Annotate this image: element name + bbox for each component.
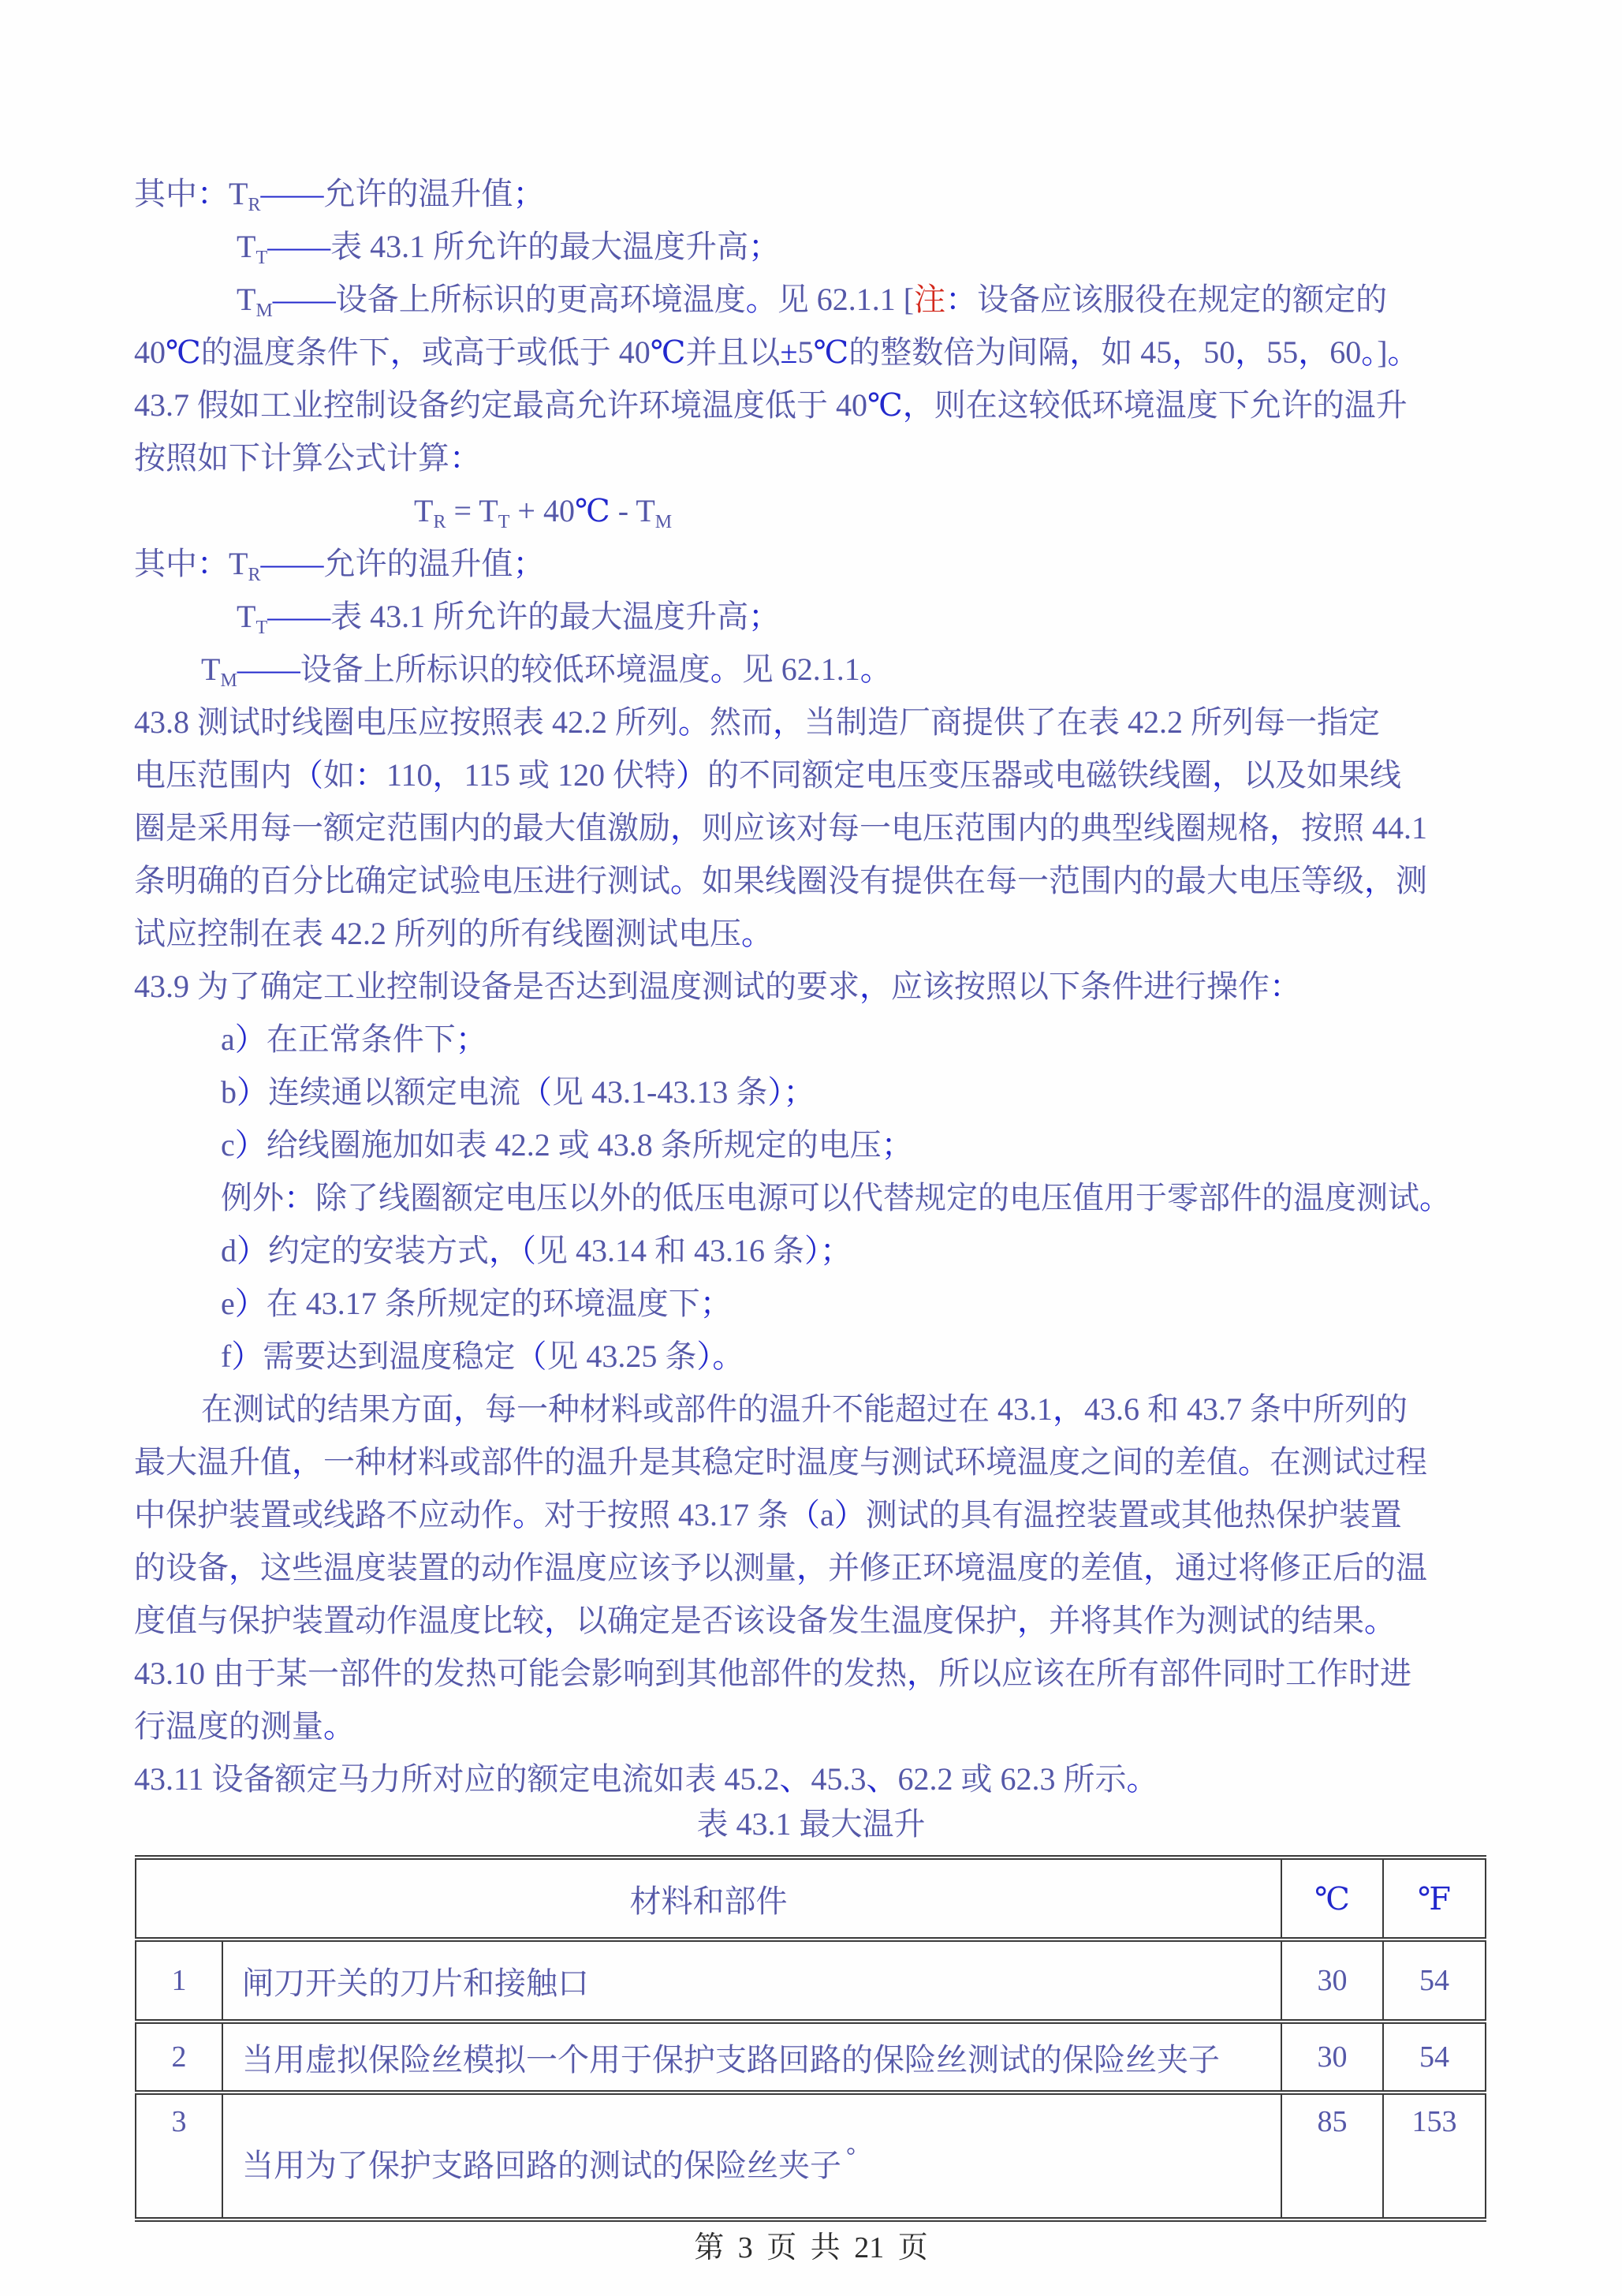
- subscript: M: [655, 512, 672, 532]
- punctuation: ：: [449, 440, 481, 476]
- col-header-materials: 材料和部件: [136, 1857, 1281, 1939]
- text-line: TT——表 43.1 所允许的最大温度升高；: [134, 590, 1506, 643]
- punctuation: ，: [1270, 810, 1301, 846]
- text-run: 注: [914, 282, 945, 317]
- punctuation: ，: [1364, 863, 1396, 898]
- text-run: T: [229, 176, 248, 211]
- punctuation: 。: [741, 916, 773, 951]
- text-run: ——: [260, 176, 323, 211]
- punctuation: ；: [456, 1021, 487, 1057]
- punctuation: ，（: [489, 1233, 536, 1268]
- punctuation: ，: [1298, 334, 1329, 370]
- punctuation: ℃: [813, 334, 848, 370]
- punctuation: 。: [1388, 334, 1419, 370]
- punctuation: ，: [1235, 334, 1266, 370]
- text-line: 的设备，这些温度装置的动作温度应该予以测量，并修正环境温度的差值，通过将修正后的…: [134, 1541, 1506, 1594]
- text-run: ——: [273, 282, 336, 317]
- text-line: e）在 43.17 条所规定的环境温度下；: [134, 1277, 1506, 1330]
- punctuation: 。: [710, 651, 742, 687]
- table-title: 表 43.1 最大温升: [0, 1805, 1622, 1844]
- punctuation: ）: [235, 1286, 267, 1321]
- text-line: 其中：TR——允许的温升值；: [134, 167, 1506, 220]
- punctuation: ；: [700, 1286, 732, 1321]
- punctuation: 。: [1361, 334, 1377, 370]
- punctuation: 、: [867, 1761, 898, 1797]
- punctuation: ：: [1270, 969, 1301, 1004]
- text-run: ——: [237, 651, 300, 687]
- punctuation: ℃: [166, 334, 201, 370]
- punctuation: ，: [859, 969, 891, 1004]
- punctuation: （: [292, 757, 323, 793]
- punctuation: ，: [1069, 334, 1101, 370]
- text-line: 43.11 设备额定马力所对应的额定电流如表 45.2、45.3、62.2 或 …: [134, 1753, 1506, 1805]
- punctuation: 。: [746, 282, 777, 317]
- punctuation: ：: [284, 1180, 315, 1215]
- punctuation: ，: [1143, 1550, 1175, 1585]
- punctuation: ：: [197, 176, 229, 211]
- punctuation: 、: [780, 1761, 811, 1797]
- col-header-fahrenheit: ℉: [1383, 1857, 1486, 1939]
- text-run: ——: [260, 546, 323, 581]
- punctuation: 。: [1419, 1180, 1451, 1215]
- celsius-value-cell: 30: [1281, 2022, 1383, 2093]
- footnote-marker: °: [841, 2143, 856, 2169]
- text-run: T: [229, 546, 248, 581]
- punctuation: ；: [748, 229, 780, 264]
- subscript: R: [433, 512, 446, 532]
- celsius-value-cell: 85: [1281, 2093, 1383, 2219]
- punctuation: ）；: [804, 1233, 852, 1268]
- text-line: TM——设备上所标识的较低环境温度。见 62.1.1。: [134, 643, 1506, 696]
- celsius-value-cell: 30: [1281, 1939, 1383, 2022]
- text-line: 43.7 假如工业控制设备约定最高允许环境温度低于 40℃，则在这较低环境温度下…: [134, 379, 1506, 431]
- text-line: 圈是采用每一额定范围内的最大值激励，则应该对每一电压范围内的典型线圈规格，按照 …: [134, 801, 1506, 854]
- text-run: T: [201, 651, 220, 687]
- text-run: T: [237, 282, 255, 317]
- punctuation: ，: [292, 1444, 323, 1480]
- punctuation: ；: [882, 1127, 913, 1163]
- punctuation: ）；: [767, 1074, 815, 1110]
- max-temp-rise-table: 材料和部件 ℃ ℉ 1闸刀开关的刀片和接触口30542当用虚拟保险丝模拟一个用于…: [135, 1855, 1486, 2222]
- punctuation: ℃，: [867, 387, 934, 423]
- punctuation: ，: [670, 810, 702, 846]
- fahrenheit-value-cell: 54: [1383, 1939, 1486, 2022]
- text-run: ——: [267, 229, 330, 264]
- punctuation: ）: [235, 1021, 267, 1057]
- punctuation: ）: [834, 1497, 866, 1533]
- document-page: 其中：TR——允许的温升值；TT——表 43.1 所允许的最大温度升高；TM——…: [0, 0, 1622, 2296]
- text-line: 其中：TR——允许的温升值；: [134, 537, 1506, 590]
- text-line: 电压范围内（如：110，115 或 120 伏特）的不同额定电压变压器或电磁铁线…: [134, 749, 1506, 801]
- text-line: 例外：除了线圈额定电压以外的低压电源可以代替规定的电压值用于零部件的温度测试。: [134, 1171, 1506, 1224]
- punctuation: ）: [676, 757, 707, 793]
- punctuation: ，: [773, 704, 804, 740]
- punctuation: ℃: [575, 493, 610, 528]
- text-line: 条明确的百分比确定试验电压进行测试。如果线圈没有提供在每一范围内的最大电压等级，…: [134, 854, 1506, 907]
- punctuation: ）: [237, 1074, 268, 1110]
- text-line: TT——表 43.1 所允许的最大温度升高；: [134, 220, 1506, 273]
- punctuation: ，: [544, 1603, 576, 1638]
- text-line: 中保护装置或线路不应动作。对于按照 43.17 条（a）测试的具有温控装置或其他…: [134, 1488, 1506, 1541]
- table-row: 2当用虚拟保险丝模拟一个用于保护支路回路的保险丝测试的保险丝夹子3054: [136, 2022, 1486, 2093]
- punctuation: （: [515, 1338, 546, 1374]
- punctuation: ，: [453, 1391, 485, 1427]
- text-line: a）在正常条件下；: [134, 1013, 1506, 1066]
- punctuation: ±: [781, 334, 798, 370]
- fahrenheit-value-cell: 153: [1383, 2093, 1486, 2219]
- subscript: M: [220, 670, 237, 691]
- table-header-row: 材料和部件 ℃ ℉: [136, 1857, 1486, 1939]
- subscript: T: [498, 512, 510, 532]
- document-text: 其中：TR——允许的温升值；TT——表 43.1 所允许的最大温度升高；TM——…: [134, 167, 1506, 1805]
- text-line: d）约定的安装方式，（见 43.14 和 43.16 条）；: [134, 1224, 1506, 1277]
- text-line: 按照如下计算公式计算：: [134, 431, 1506, 484]
- subscript: R: [248, 195, 260, 215]
- punctuation: ，: [229, 1550, 260, 1585]
- row-number-cell: 2: [136, 2022, 222, 2093]
- punctuation: （: [789, 1497, 820, 1533]
- punctuation: 。: [1127, 1761, 1158, 1797]
- punctuation: ）: [235, 1127, 267, 1163]
- punctuation: 。: [860, 651, 892, 687]
- subscript: M: [255, 301, 272, 321]
- punctuation: 。: [678, 704, 710, 740]
- text-line: TR = TT + 40℃ - TM: [134, 484, 1506, 537]
- material-part-cell: 当用虚拟保险丝模拟一个用于保护支路回路的保险丝测试的保险丝夹子: [222, 2022, 1281, 2093]
- punctuation: ：: [197, 546, 229, 581]
- punctuation: ，: [1017, 1603, 1049, 1638]
- punctuation: ，: [907, 1656, 938, 1691]
- text-line: 试应控制在表 42.2 所列的所有线圈测试电压。: [134, 907, 1506, 960]
- text-line: 在测试的结果方面，每一种材料或部件的温升不能超过在 43.1，43.6 和 43…: [134, 1383, 1506, 1435]
- text-line: 行温度的测量。: [134, 1700, 1506, 1753]
- subscript: T: [255, 618, 267, 638]
- text-run: T: [237, 599, 255, 634]
- punctuation: ℃: [651, 334, 686, 370]
- table-row: 3当用为了保护支路回路的测试的保险丝夹子°85153: [136, 2093, 1486, 2219]
- text-run: ——: [267, 599, 330, 634]
- subscript: R: [248, 565, 260, 585]
- punctuation: ，: [1172, 334, 1203, 370]
- punctuation: ，: [1212, 757, 1244, 793]
- punctuation: ）。: [696, 1338, 744, 1374]
- text-line: f）需要达到温度稳定（见 43.25 条）。: [134, 1330, 1506, 1383]
- punctuation: 。: [513, 1497, 544, 1533]
- punctuation: ）: [231, 1338, 263, 1374]
- text-line: 度值与保护装置动作温度比较，以确定是否该设备发生温度保护，并将其作为测试的结果。: [134, 1594, 1506, 1647]
- punctuation: ；: [513, 546, 544, 581]
- material-part-cell: 当用为了保护支路回路的测试的保险丝夹子°: [222, 2093, 1281, 2219]
- punctuation: ，: [390, 334, 422, 370]
- text-line: 43.9 为了确定工业控制设备是否达到温度测试的要求，应该按照以下条件进行操作：: [134, 960, 1506, 1013]
- col-header-celsius: ℃: [1281, 1857, 1383, 1939]
- table-row: 1闸刀开关的刀片和接触口3054: [136, 1939, 1486, 2022]
- punctuation: ）: [237, 1233, 268, 1268]
- punctuation: ；: [748, 599, 780, 634]
- text-line: TM——设备上所标识的更高环境温度。见 62.1.1 [注：设备应该服役在规定的…: [134, 273, 1506, 326]
- text-run: T: [414, 493, 433, 528]
- punctuation: ，: [433, 757, 464, 793]
- punctuation: ；: [513, 176, 544, 211]
- punctuation: ：: [945, 282, 977, 317]
- text-line: b）连续通以额定电流（见 43.1-43.13 条）；: [134, 1066, 1506, 1118]
- punctuation: 。: [323, 1708, 355, 1744]
- punctuation: 。: [1364, 1603, 1396, 1638]
- text-line: c）给线圈施加如表 42.2 或 43.8 条所规定的电压；: [134, 1118, 1506, 1171]
- material-part-cell: 闸刀开关的刀片和接触口: [222, 1939, 1281, 2022]
- page-footer: 第 3 页 共 21 页: [0, 2223, 1622, 2266]
- text-line: 43.8 测试时线圈电压应按照表 42.2 所列。然而，当制造厂商提供了在表 4…: [134, 696, 1506, 749]
- punctuation: 。: [670, 863, 702, 898]
- punctuation: （: [520, 1074, 552, 1110]
- subscript: T: [255, 248, 267, 268]
- punctuation: ，: [796, 1550, 828, 1585]
- text-line: 最大温升值，一种材料或部件的温升是其稳定时温度与测试环境温度之间的差值。在测试过…: [134, 1435, 1506, 1488]
- text-line: 40℃的温度条件下，或高于或低于 40℃并且以±5℃的整数倍为间隔，如 45，5…: [134, 326, 1506, 379]
- fahrenheit-value-cell: 54: [1383, 2022, 1486, 2093]
- row-number-cell: 3: [136, 2093, 222, 2219]
- text-run: T: [237, 229, 255, 264]
- punctuation: 。: [1238, 1444, 1270, 1480]
- punctuation: ，: [1053, 1391, 1084, 1427]
- punctuation: ：: [355, 757, 386, 793]
- row-number-cell: 1: [136, 1939, 222, 2022]
- text-line: 43.10 由于某一部件的发热可能会影响到其他部件的发热，所以应该在所有部件同时…: [134, 1647, 1506, 1700]
